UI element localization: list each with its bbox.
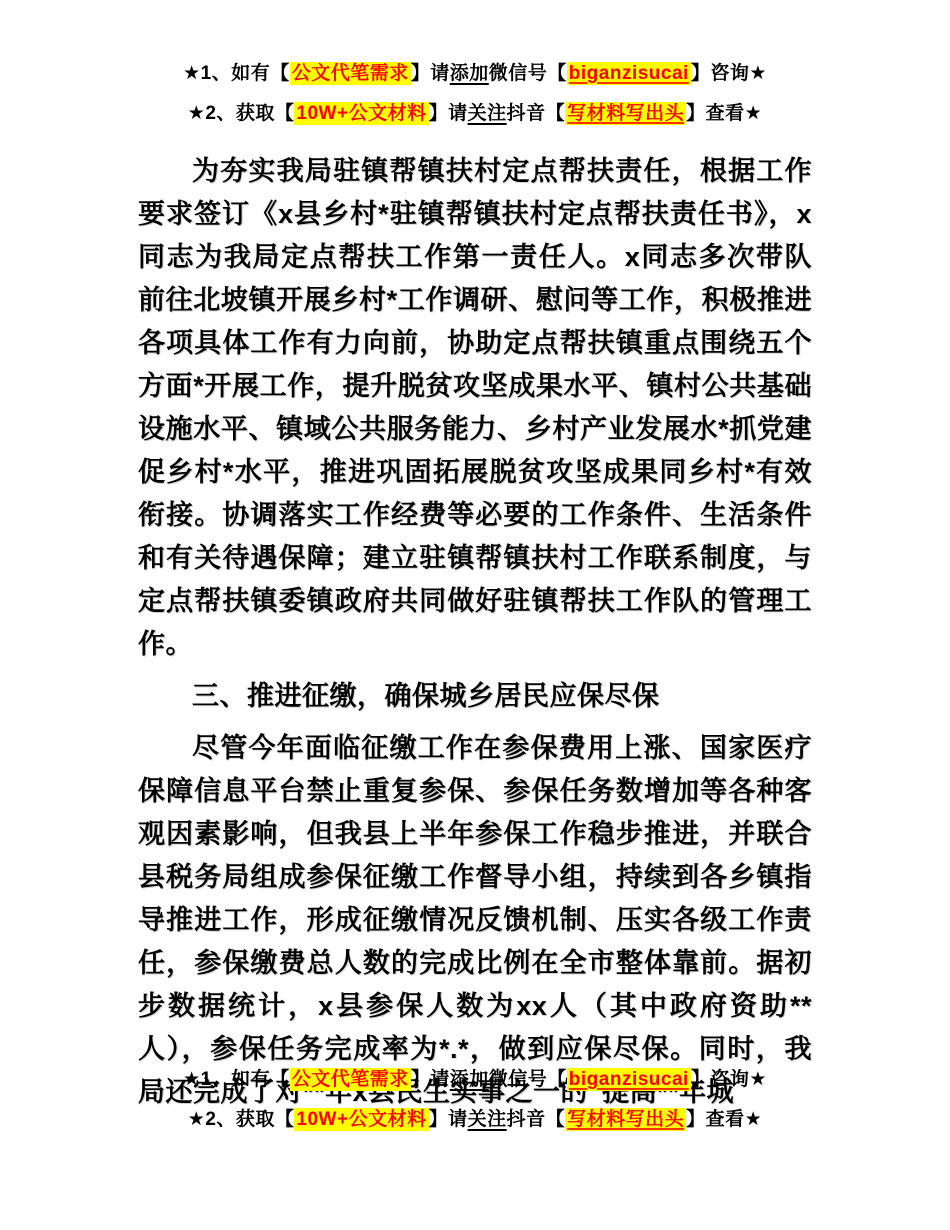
promo-text: ★2、获取【 xyxy=(188,1109,295,1130)
footer-promo-block: ★1、如有【公文代笔需求】请添加微信号【biganzisucai】咨询★ ★2、… xyxy=(0,1060,950,1140)
document-page: ★1、如有【公文代笔需求】请添加微信号【biganzisucai】咨询★ ★2、… xyxy=(0,0,950,1230)
promo-text: 】查看★ xyxy=(686,103,762,124)
promo-underlined-text: 添加 xyxy=(450,1069,489,1090)
promo-text: 】请 xyxy=(429,103,468,124)
promo-underlined-text: 关注 xyxy=(468,1109,507,1130)
promo-text: 】请 xyxy=(411,63,450,84)
promo-underlined-text: 添加 xyxy=(450,63,489,84)
promo-text: ★1、如有【 xyxy=(183,63,290,84)
promo-highlighted-text: 10W+公文材料 xyxy=(294,102,428,125)
promo-text: 】咨询★ xyxy=(691,1069,767,1090)
promo-text: 微信号【 xyxy=(489,63,567,84)
promo-underlined-text: 关注 xyxy=(468,103,507,124)
promo-highlighted-text: biganzisucai xyxy=(567,1068,691,1091)
footer-promo-line-1: ★1、如有【公文代笔需求】请添加微信号【biganzisucai】咨询★ xyxy=(0,1060,950,1100)
paragraph-zhengjiao-canbao: 尽管今年面临征缴工作在参保费用上涨、国家医疗保障信息平台禁止重复参保、参保任务数… xyxy=(138,727,812,1114)
promo-text: 微信号【 xyxy=(489,1069,567,1090)
promo-highlighted-text: 公文代笔需求 xyxy=(290,1068,411,1091)
promo-text: 抖音【 xyxy=(507,103,566,124)
promo-text: 】请 xyxy=(429,1109,468,1130)
document-body: 为夯实我局驻镇帮镇扶村定点帮扶责任，根据工作要求签订《x县乡村*驻镇帮镇扶村定点… xyxy=(138,150,812,1123)
promo-highlighted-text: 写材料写出头 xyxy=(565,102,686,125)
section-heading-tuijin-zhengjiao: 三、推进征缴，确保城乡居民应保尽保 xyxy=(138,675,812,718)
header-promo-line-1: ★1、如有【公文代笔需求】请添加微信号【biganzisucai】咨询★ xyxy=(0,54,950,94)
header-promo-block: ★1、如有【公文代笔需求】请添加微信号【biganzisucai】咨询★ ★2、… xyxy=(0,54,950,134)
promo-text: ★2、获取【 xyxy=(188,103,295,124)
paragraph-dingdian-bangfu: 为夯实我局驻镇帮镇扶村定点帮扶责任，根据工作要求签订《x县乡村*驻镇帮镇扶村定点… xyxy=(138,150,812,666)
promo-highlighted-text: 写材料写出头 xyxy=(565,1108,686,1131)
footer-promo-line-2: ★2、获取【10W+公文材料】请关注抖音【写材料写出头】查看★ xyxy=(0,1100,950,1140)
promo-text: 】请 xyxy=(411,1069,450,1090)
promo-text: 抖音【 xyxy=(507,1109,566,1130)
promo-highlighted-text: 公文代笔需求 xyxy=(290,62,411,85)
promo-highlighted-text: biganzisucai xyxy=(567,62,691,85)
promo-text: 】咨询★ xyxy=(691,63,767,84)
promo-highlighted-text: 10W+公文材料 xyxy=(294,1108,428,1131)
promo-text: 】查看★ xyxy=(686,1109,762,1130)
header-promo-line-2: ★2、获取【10W+公文材料】请关注抖音【写材料写出头】查看★ xyxy=(0,94,950,134)
promo-text: ★1、如有【 xyxy=(183,1069,290,1090)
